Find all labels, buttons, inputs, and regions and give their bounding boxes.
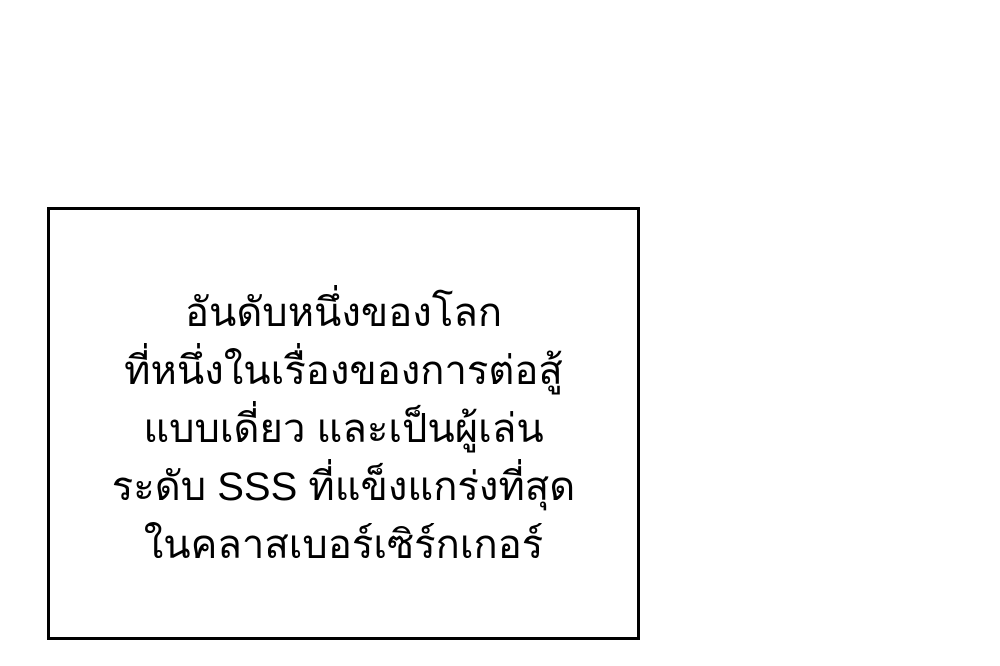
narration-line-1: อันดับหนึ่งของโลก (50, 284, 637, 342)
narration-line-2: ที่หนึ่งในเรื่องของการต่อสู้ (50, 342, 637, 400)
narration-text-block: อันดับหนึ่งของโลก ที่หนึ่งในเรื่องของการ… (50, 284, 637, 574)
narration-line-3: แบบเดี่ยว และเป็นผู้เล่น (50, 400, 637, 458)
narration-line-5: ในคลาสเบอร์เซิร์กเกอร์ (50, 516, 637, 574)
comic-page-background: อันดับหนึ่งของโลก ที่หนึ่งในเรื่องของการ… (0, 0, 1000, 666)
narration-caption-box: อันดับหนึ่งของโลก ที่หนึ่งในเรื่องของการ… (47, 207, 640, 640)
narration-line-4: ระดับ SSS ที่แข็งแกร่งที่สุด (50, 458, 637, 516)
